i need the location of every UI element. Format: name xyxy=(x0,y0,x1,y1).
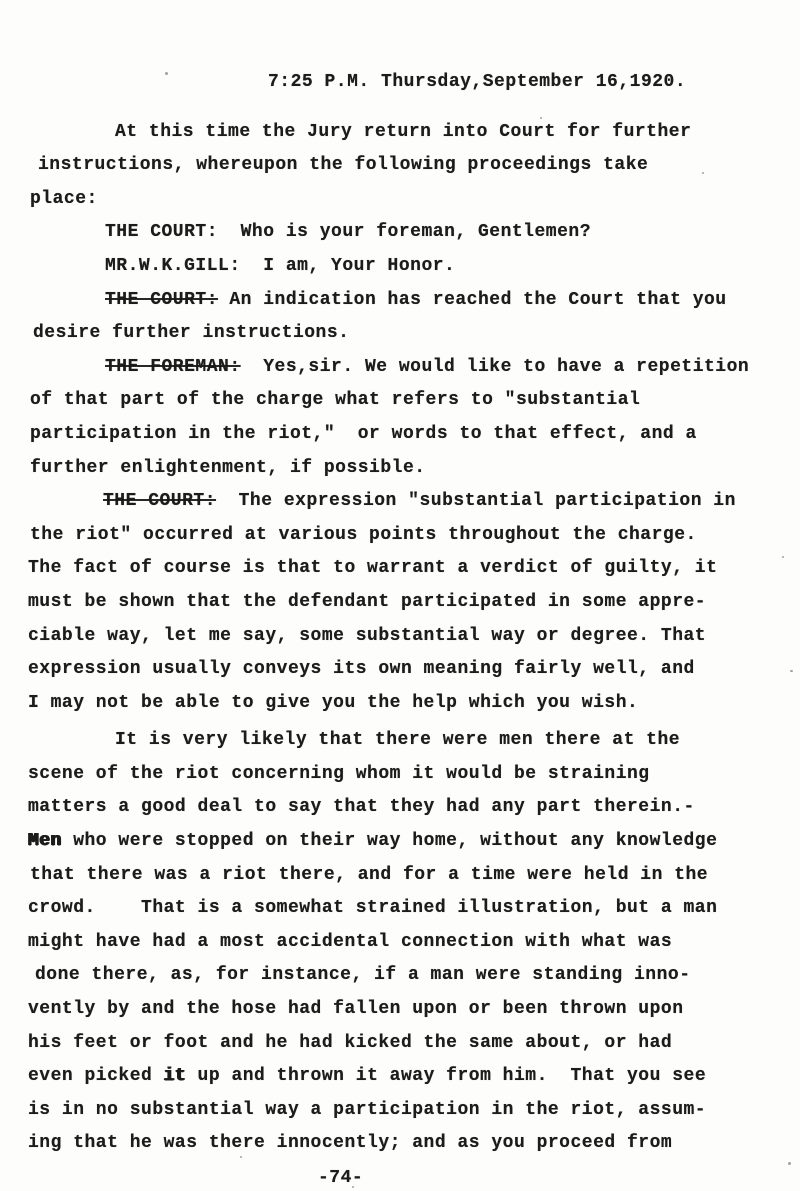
text-run: must be shown that the defendant partici… xyxy=(28,592,706,612)
text-run: of that part of the charge what refers t… xyxy=(30,390,640,410)
scan-speck xyxy=(788,1162,791,1165)
transcript-line: even picked it up and thrown it away fro… xyxy=(0,1060,800,1094)
text-run: might have had a most accidental connect… xyxy=(28,932,672,952)
text-run: even picked xyxy=(28,1066,164,1086)
speaker-label: THE COURT: xyxy=(103,491,216,511)
transcript-line: Men who were stopped on their way home, … xyxy=(0,825,800,859)
text-run: I am, Your Honor. xyxy=(241,256,456,276)
transcript-line: scene of the riot concerning whom it wou… xyxy=(0,758,800,792)
scan-speck xyxy=(165,72,168,75)
transcript-line: THE COURT: Who is your foreman, Gentleme… xyxy=(0,216,800,250)
transcript-line: his feet or foot and he had kicked the s… xyxy=(0,1027,800,1061)
speaker-label: THE COURT: xyxy=(105,222,218,242)
transcript-line: The fact of course is that to warrant a … xyxy=(0,552,800,586)
text-run: At this time the Jury return into Court … xyxy=(115,122,691,142)
document-page: 7:25 P.M. Thursday,September 16,1920. At… xyxy=(0,0,800,1191)
text-run: crowd. That is a somewhat strained illus… xyxy=(28,898,717,918)
text-run: ciable way, let me say, some substantial… xyxy=(28,626,706,646)
text-run: who were stopped on their way home, with… xyxy=(62,831,718,851)
transcript-line: desire further instructions. xyxy=(0,317,800,351)
scan-speck xyxy=(782,556,784,558)
text-run: An indication has reached the Court that… xyxy=(218,290,727,310)
transcript-line: vently by and the hose had fallen upon o… xyxy=(0,993,800,1027)
transcript-line: must be shown that the defendant partici… xyxy=(0,586,800,620)
text-run: Men xyxy=(28,831,62,851)
scan-speck xyxy=(240,1156,242,1158)
text-run: The expression "substantial participatio… xyxy=(216,491,736,511)
transcript-line: THE COURT: The expression "substantial p… xyxy=(0,485,800,519)
scan-speck xyxy=(540,117,542,119)
text-run: vently by and the hose had fallen upon o… xyxy=(28,999,684,1019)
text-run: the riot" occurred at various points thr… xyxy=(30,525,697,545)
transcript-line: that there was a riot there, and for a t… xyxy=(0,859,800,893)
speaker-label: MR.W.K.GILL: xyxy=(105,256,241,276)
text-run: It is very likely that there were men th… xyxy=(115,730,680,750)
text-run: up and thrown it away from him. That you… xyxy=(186,1066,706,1086)
text-run: The fact of course is that to warrant a … xyxy=(28,558,717,578)
text-run: I may not be able to give you the help w… xyxy=(28,693,638,713)
transcript-line: It is very likely that there were men th… xyxy=(0,724,800,758)
transcript-line: ing that he was there innocently; and as… xyxy=(0,1127,800,1161)
transcript-line: of that part of the charge what refers t… xyxy=(0,384,800,418)
transcript-body: At this time the Jury return into Court … xyxy=(0,116,800,1161)
transcript-line: matters a good deal to say that they had… xyxy=(0,791,800,825)
transcript-line: THE COURT: An indication has reached the… xyxy=(0,284,800,318)
text-run: expression usually conveys its own meani… xyxy=(28,659,695,679)
scan-speck xyxy=(702,172,704,174)
transcript-line: instructions, whereupon the following pr… xyxy=(0,149,800,183)
transcript-line: might have had a most accidental connect… xyxy=(0,926,800,960)
dateline: 7:25 P.M. Thursday,September 16,1920. xyxy=(0,66,800,100)
transcript-line: THE FOREMAN: Yes,sir. We would like to h… xyxy=(0,351,800,385)
transcript-line: the riot" occurred at various points thr… xyxy=(0,519,800,553)
text-run: is in no substantial way a participation… xyxy=(28,1100,706,1120)
transcript-line: MR.W.K.GILL: I am, Your Honor. xyxy=(0,250,800,284)
transcript-line: crowd. That is a somewhat strained illus… xyxy=(0,892,800,926)
text-run: matters a good deal to say that they had… xyxy=(28,797,695,817)
transcript-line: I may not be able to give you the help w… xyxy=(0,687,800,721)
text-run: that there was a riot there, and for a t… xyxy=(30,865,708,885)
scan-speck xyxy=(352,1186,354,1188)
transcript-line: place: xyxy=(0,183,800,217)
transcript-line: At this time the Jury return into Court … xyxy=(0,116,800,150)
transcript-line: further enlightenment, if possible. xyxy=(0,452,800,486)
text-run: instructions, whereupon the following pr… xyxy=(38,155,648,175)
transcript-line: ciable way, let me say, some substantial… xyxy=(0,620,800,654)
text-run: his feet or foot and he had kicked the s… xyxy=(28,1033,672,1053)
speaker-label: THE COURT: xyxy=(105,290,218,310)
transcript-line: done there, as, for instance, if a man w… xyxy=(0,959,800,993)
transcript-line: participation in the riot," or words to … xyxy=(0,418,800,452)
text-run: desire further instructions. xyxy=(33,323,349,343)
transcript-line: expression usually conveys its own meani… xyxy=(0,653,800,687)
text-run: scene of the riot concerning whom it wou… xyxy=(28,764,650,784)
text-run: Yes,sir. We would like to have a repetit… xyxy=(241,357,750,377)
text-run: ing that he was there innocently; and as… xyxy=(28,1133,672,1153)
speaker-label: THE FOREMAN: xyxy=(105,357,241,377)
text-run: it xyxy=(164,1066,187,1086)
page-number: -74- xyxy=(0,1163,800,1191)
text-run: Who is your foreman, Gentlemen? xyxy=(218,222,591,242)
text-run: place: xyxy=(30,189,98,209)
text-run: participation in the riot," or words to … xyxy=(30,424,697,444)
text-run: done there, as, for instance, if a man w… xyxy=(35,965,691,985)
text-run: further enlightenment, if possible. xyxy=(30,458,426,478)
scan-speck xyxy=(418,532,420,534)
transcript-line: is in no substantial way a participation… xyxy=(0,1094,800,1128)
scan-speck xyxy=(790,670,793,672)
scan-speck xyxy=(528,224,530,226)
